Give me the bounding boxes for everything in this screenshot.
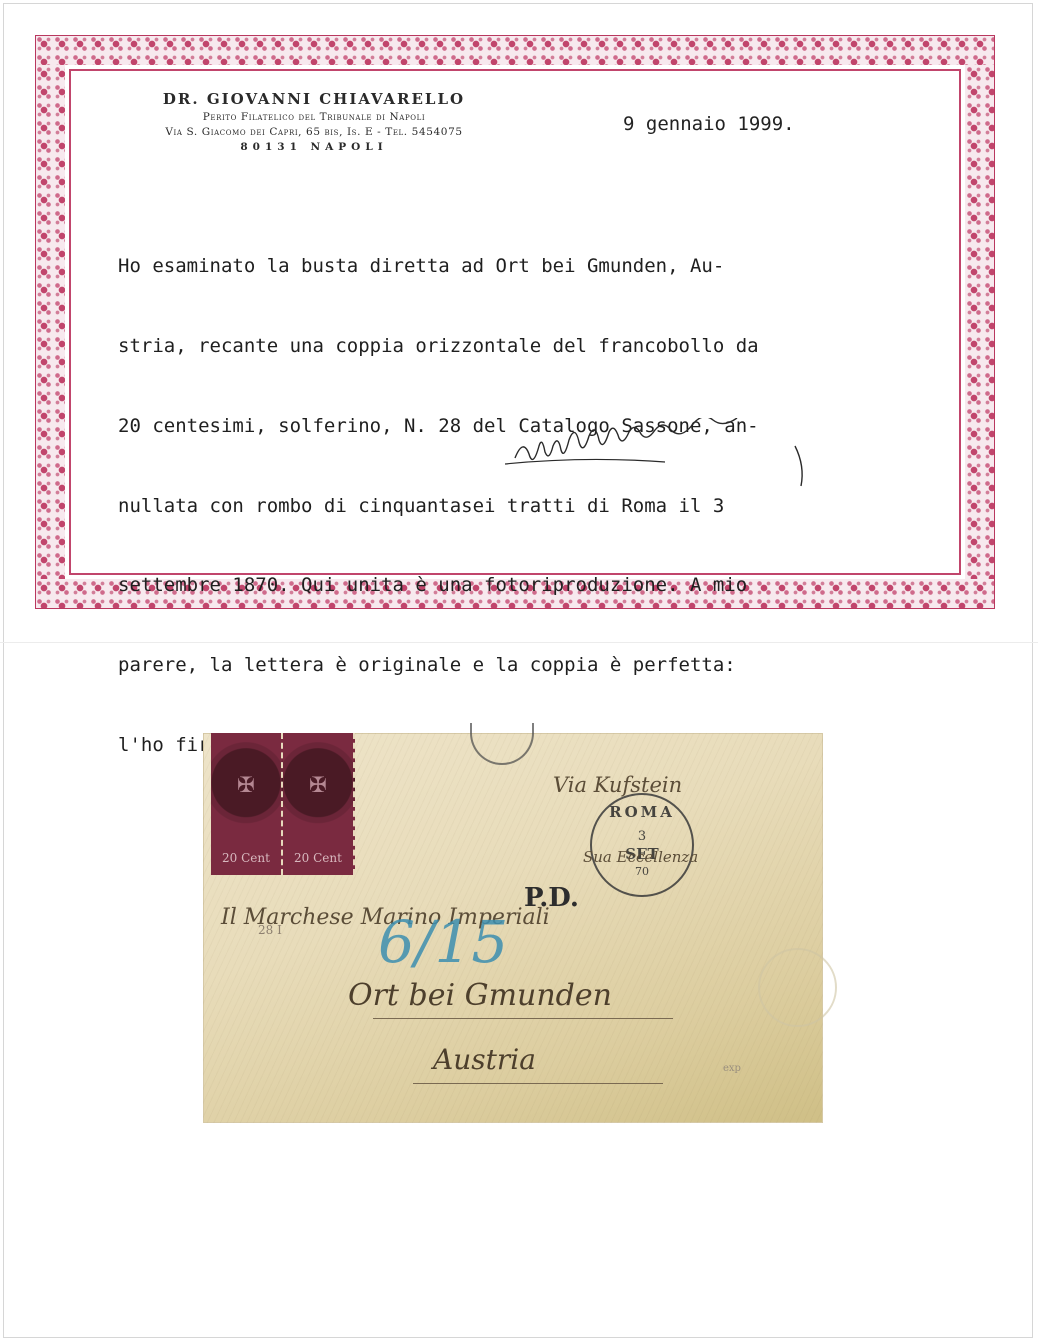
letterhead: DR. GIOVANNI CHIAVARELLO Perito Filateli… (94, 90, 534, 153)
expert-name: DR. GIOVANNI CHIAVARELLO (94, 90, 534, 108)
destination-city: Ort bei Gmunden (348, 978, 612, 1013)
route-note: Via Kufstein (553, 773, 682, 797)
postage-due-mark: 6/15 (378, 908, 508, 976)
text-line: stria, recante una coppia orizzontale de… (118, 333, 938, 360)
papal-arms-icon: ✠ (310, 769, 327, 797)
postmark-year: 70 (592, 865, 692, 878)
stamp: ✠ 20 Cent (283, 733, 355, 875)
city-underline (373, 1018, 673, 1019)
expert-address: Via S. Giacomo dei Capri, 65 bis, Is. E … (94, 126, 534, 138)
text-line: settembre 1870. Qui unita è una fotoripr… (118, 572, 938, 599)
stamp-denomination: 20 Cent (211, 851, 281, 865)
roma-postmark: ROMA 3 SET 70 (590, 793, 694, 897)
certificate-date: 9 gennaio 1999. (623, 113, 795, 135)
text-line: Ho esaminato la busta diretta ad Ort bei… (118, 253, 938, 280)
expert-title: Perito Filatelico del Tribunale di Napol… (94, 111, 534, 123)
signature (505, 418, 855, 488)
text-line: nullata con rombo di cinquantasei tratti… (118, 493, 938, 520)
expert-city: 80131 NAPOLI (94, 141, 534, 153)
destination-country: Austria (433, 1043, 536, 1076)
postmark-city: ROMA (592, 803, 692, 821)
text-line: parere, la lettera è originale e la copp… (118, 652, 938, 679)
country-underline (413, 1083, 663, 1084)
pencil-catalog-note: 28 I (258, 923, 282, 937)
blind-embossed-stamp (758, 948, 837, 1027)
certificate-text: Ho esaminato la busta diretta ad Ort bei… (118, 200, 938, 785)
small-pencil-note: exp (723, 1063, 741, 1074)
stamp-denomination: 20 Cent (283, 851, 353, 865)
papal-arms-icon: ✠ (238, 769, 255, 797)
stamp: ✠ 20 Cent (211, 733, 283, 875)
postmark-day: 3 (592, 829, 692, 844)
envelope-photo: ✠ 20 Cent ✠ 20 Cent ROMA 3 SET 70 P.D. V… (203, 733, 823, 1123)
addressee-title: Sua Eccellenza (583, 848, 698, 866)
